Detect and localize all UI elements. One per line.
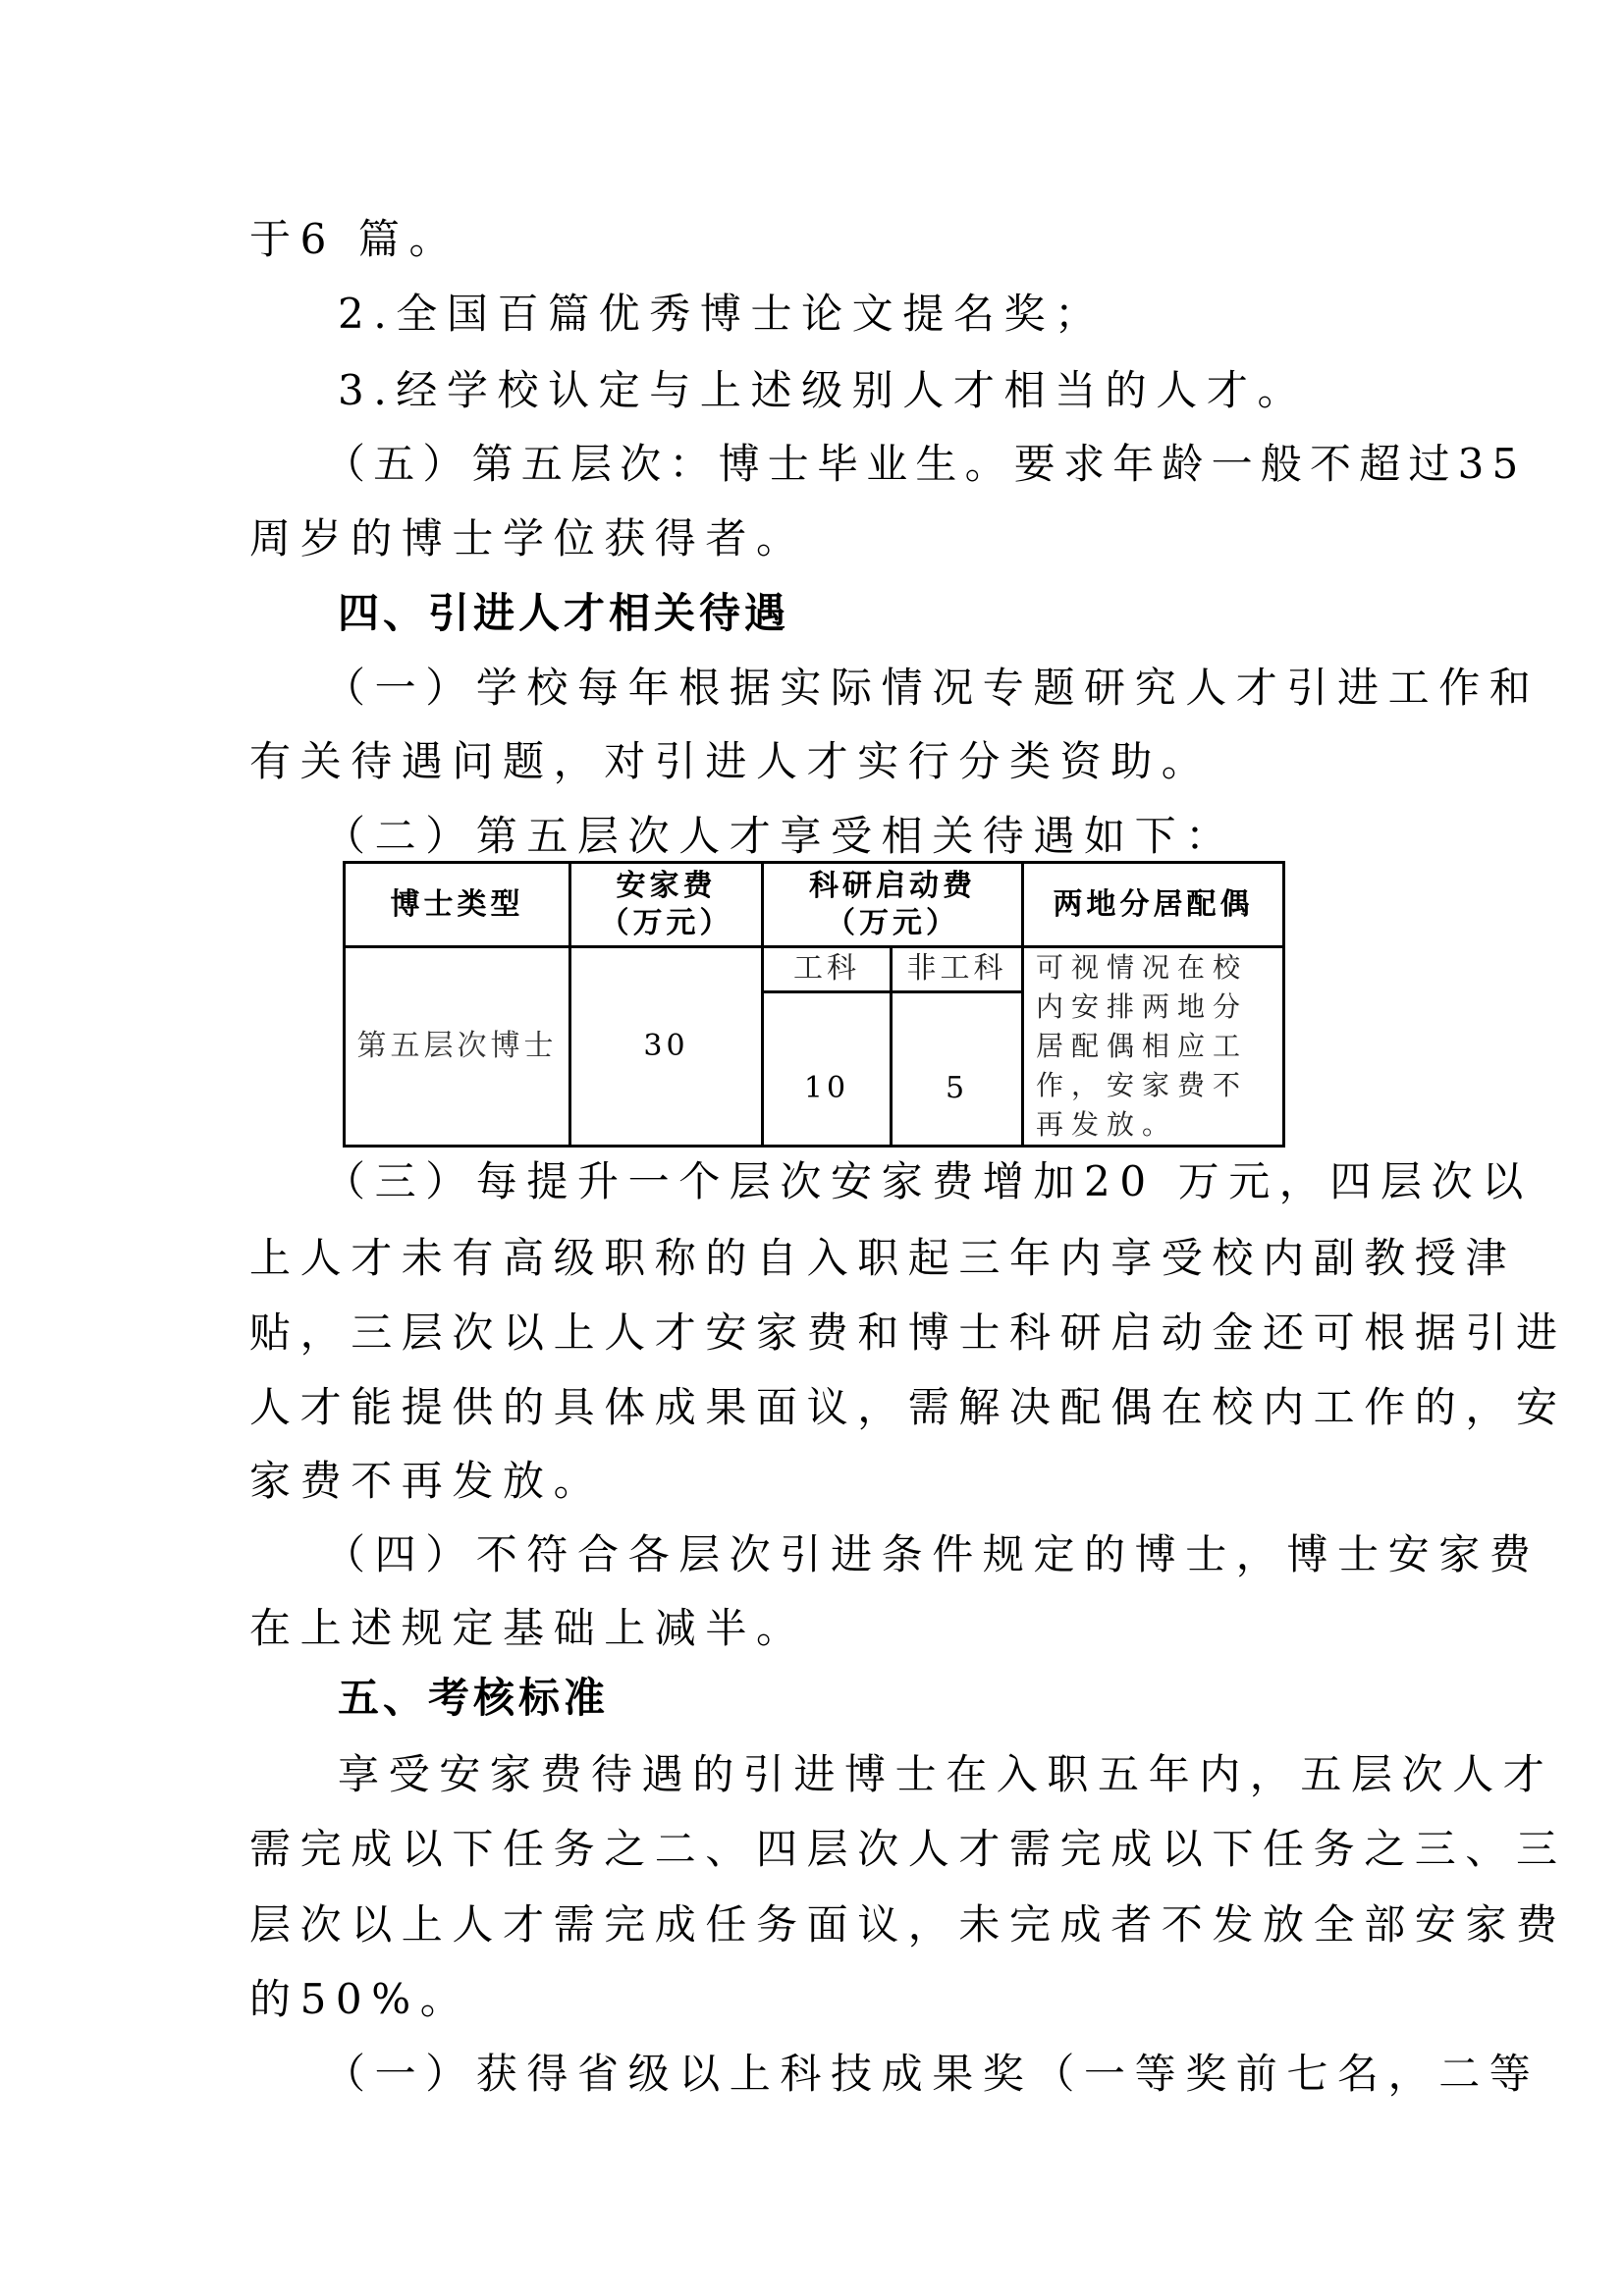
paragraph-line: 人才能提供的具体成果面议，需解决配偶在校内工作的，安	[249, 1378, 1388, 1437]
cell-research-engineering: 10	[763, 991, 892, 1146]
header-research-fund: 科研启动费 （万元）	[763, 863, 1023, 947]
header-settlement-fee: 安家费 （万元）	[570, 863, 763, 947]
paragraph-line: （四）不符合各层次引进条件规定的博士，博士安家费	[324, 1525, 1463, 1584]
paragraph-line: 周岁的博士学位获得者。	[249, 509, 1388, 568]
paragraph-line: 需完成以下任务之二、四层次人才需完成以下任务之三、三	[249, 1820, 1388, 1879]
paragraph-line: 2.全国百篇优秀博士论文提名奖；	[338, 285, 1477, 344]
header-doctor-type: 博士类型	[345, 863, 570, 947]
header-settlement-fee-line1: 安家费	[571, 868, 761, 905]
paragraph-line: （二）第五层次人才享受相关待遇如下：	[324, 807, 1463, 866]
cell-research-non-engineering: 5	[892, 991, 1023, 1146]
paragraph-line: 享受安家费待遇的引进博士在入职五年内，五层次人才	[338, 1745, 1477, 1804]
cell-settlement-fee: 30	[570, 947, 763, 1147]
paragraph-line: 贴，三层次以上人才安家费和博士科研启动金还可根据引进	[249, 1304, 1388, 1362]
cell-spouse-note: 可视情况在校内安排两地分居配偶相应工作，安家费不再发放。	[1023, 947, 1284, 1147]
paragraph-line: （一）学校每年根据实际情况专题研究人才引进工作和	[324, 659, 1463, 718]
header-settlement-fee-line2: （万元）	[571, 905, 761, 942]
treatment-table: 博士类型 安家费 （万元） 科研启动费 （万元） 两地分居配偶 第五层次博士 3…	[343, 861, 1285, 1148]
cell-doctor-type: 第五层次博士	[345, 947, 570, 1147]
paragraph-line: 有关待遇问题，对引进人才实行分类资助。	[249, 732, 1388, 791]
paragraph-line: 层次以上人才需完成任务面议，未完成者不发放全部安家费	[249, 1896, 1388, 1954]
paragraph-line: （五）第五层次：博士毕业生。要求年龄一般不超过35	[324, 435, 1463, 494]
paragraph-line: （一）获得省级以上科技成果奖（一等奖前七名，二等	[324, 2045, 1463, 2104]
paragraph-line: 的50%。	[249, 1970, 1388, 2029]
paragraph-line: 于6 篇。	[249, 210, 1388, 269]
header-research-fund-line2: （万元）	[764, 905, 1021, 942]
section-heading: 五、考核标准	[338, 1669, 1477, 1728]
header-research-fund-line1: 科研启动费	[764, 868, 1021, 905]
paragraph-line: 家费不再发放。	[249, 1452, 1388, 1511]
subheader-engineering: 工科	[763, 947, 892, 992]
paragraph-line: 3.经学校认定与上述级别人才相当的人才。	[338, 361, 1477, 420]
header-spouse: 两地分居配偶	[1023, 863, 1284, 947]
subheader-non-engineering: 非工科	[892, 947, 1023, 992]
section-heading: 四、引进人才相关待遇	[338, 584, 1477, 643]
paragraph-line: 在上述规定基础上减半。	[249, 1599, 1388, 1658]
paragraph-line: 上人才未有高级职称的自入职起三年内享受校内副教授津	[249, 1229, 1388, 1288]
paragraph-line: （三）每提升一个层次安家费增加20 万元，四层次以	[324, 1152, 1463, 1211]
